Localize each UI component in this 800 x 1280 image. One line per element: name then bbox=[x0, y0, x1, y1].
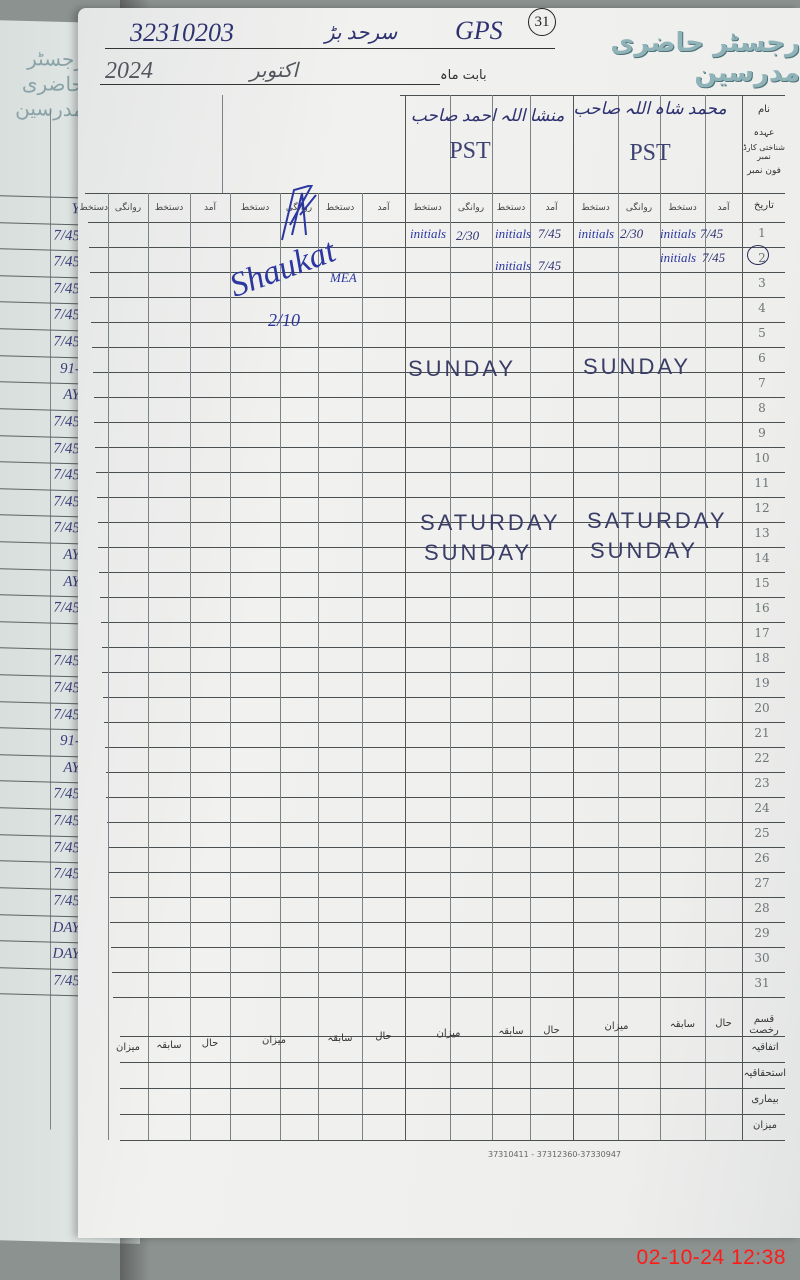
grid-line bbox=[109, 872, 785, 873]
left-day-entry: 7/45 bbox=[0, 306, 80, 325]
cnic-row-label: شناختی کارڈ نمبر bbox=[742, 143, 786, 161]
weekend-day13-right: SUNDAY bbox=[590, 538, 698, 564]
day-number: 25 bbox=[742, 826, 782, 840]
day-number: 16 bbox=[742, 601, 782, 615]
teacher-2-designation: PST bbox=[420, 138, 520, 165]
t1-day2-arrival: 7/45 bbox=[702, 250, 725, 266]
left-day-entry: 7/45 bbox=[0, 332, 80, 351]
left-day-entry: 7/45 bbox=[0, 226, 80, 245]
column-header-signature: دستخط bbox=[573, 203, 618, 213]
day-number: 24 bbox=[742, 801, 782, 815]
summary-column-header: حال bbox=[530, 1025, 573, 1036]
left-day-entry: 7/45 bbox=[0, 252, 80, 271]
summary-column-header: سابقہ bbox=[660, 1019, 705, 1030]
grid-line bbox=[280, 193, 281, 1140]
weekend-day6-right: SUNDAY bbox=[583, 354, 691, 380]
grid-line bbox=[450, 95, 451, 1140]
left-day-entry: 7/45 bbox=[0, 465, 80, 484]
day-number: 18 bbox=[742, 651, 782, 665]
left-day-entry: 7/45 bbox=[0, 891, 80, 910]
t2-day2-arrival: 7/45 bbox=[538, 258, 561, 274]
day-number: 27 bbox=[742, 876, 782, 890]
weekend-day13-left: SUNDAY bbox=[424, 540, 532, 566]
grid-line bbox=[101, 622, 785, 623]
t1-day1-departure-signature: initials bbox=[578, 226, 614, 242]
day-number: 21 bbox=[742, 726, 782, 740]
summary-column-header: میزان bbox=[108, 1042, 148, 1053]
t1-day1-departure: 2/30 bbox=[620, 226, 643, 242]
grid-line bbox=[400, 95, 785, 96]
summary-column-header: حال bbox=[362, 1031, 405, 1042]
teacher-2-name: منشا اللہ احمد صاحب bbox=[405, 105, 570, 126]
left-day-entry: 7/45 bbox=[0, 811, 80, 830]
weekend-day12-left: SATURDAY bbox=[420, 510, 561, 536]
left-day-entry: 7/45 bbox=[0, 864, 80, 883]
grid-line bbox=[573, 95, 574, 1140]
grid-line bbox=[618, 95, 619, 1140]
inspection-date: 2/10 bbox=[268, 310, 300, 331]
day-number: 12 bbox=[742, 501, 782, 515]
day-number: 9 bbox=[742, 426, 782, 440]
weekend-day12-right: SATURDAY bbox=[587, 508, 728, 534]
day-number: 4 bbox=[742, 301, 782, 315]
column-header-signature: دستخط bbox=[492, 203, 530, 213]
day-number: 19 bbox=[742, 676, 782, 690]
column-header-signature: دستخط bbox=[88, 203, 108, 213]
left-day-entry: DAY bbox=[0, 918, 80, 937]
grid-line bbox=[89, 247, 785, 248]
left-day-entry bbox=[0, 997, 80, 999]
day-number: 17 bbox=[742, 626, 782, 640]
summary-row-label: اتفاقیہ bbox=[744, 1042, 786, 1053]
grid-line bbox=[92, 347, 785, 348]
page-number-badge: 31 bbox=[528, 8, 556, 36]
left-day-entry: 7/45 bbox=[0, 518, 80, 537]
left-day-entry: 7/45 bbox=[0, 785, 80, 804]
day-number: 13 bbox=[742, 526, 782, 540]
left-day-entry: 91- bbox=[0, 731, 80, 750]
day-number: 3 bbox=[742, 276, 782, 290]
grid-line bbox=[362, 193, 363, 1140]
grid-line bbox=[104, 722, 785, 723]
left-day-entry: 7/45 bbox=[0, 678, 80, 697]
grid-line bbox=[120, 1140, 785, 1141]
grid-line bbox=[106, 772, 785, 773]
day-number: 2 bbox=[742, 251, 782, 265]
day-number: 8 bbox=[742, 401, 782, 415]
left-day-entry: DAY bbox=[0, 944, 80, 963]
column-header-arrival: آمد bbox=[362, 203, 405, 213]
grid-line bbox=[148, 193, 149, 1140]
t1-day2-signature: initials bbox=[660, 250, 696, 266]
summary-column-header: حال bbox=[190, 1038, 230, 1049]
grid-line bbox=[107, 822, 785, 823]
day-number: 28 bbox=[742, 901, 782, 915]
summary-row-label: میزان bbox=[744, 1120, 786, 1131]
designation-row-label: عہدہ bbox=[745, 128, 783, 138]
column-header-signature: دستخط bbox=[405, 203, 450, 213]
school-code: 32310203 bbox=[130, 18, 234, 48]
left-day-entry: 7/45 bbox=[0, 279, 80, 298]
grid-line bbox=[100, 597, 785, 598]
date-column-label: تاریخ bbox=[745, 200, 783, 211]
column-header-signature: دستخط bbox=[660, 203, 705, 213]
teacher-1-name: محمد شاہ اللہ صاحب bbox=[560, 98, 740, 119]
grid-line bbox=[90, 297, 785, 298]
column-header-arrival: آمد bbox=[705, 203, 742, 213]
summary-row-label: استحقاقیہ bbox=[744, 1068, 786, 1079]
grid-line bbox=[222, 95, 223, 193]
grid-line bbox=[110, 922, 785, 923]
left-day-entry: 7/45 bbox=[0, 652, 80, 671]
day-number: 22 bbox=[742, 751, 782, 765]
left-day-entry: 7/45 bbox=[0, 492, 80, 511]
t2-day1-arrival: 7/45 bbox=[538, 226, 561, 242]
grid-line bbox=[96, 472, 785, 473]
grid-line bbox=[530, 95, 531, 1140]
grid-line bbox=[405, 95, 406, 1140]
grid-line bbox=[111, 947, 785, 948]
day-number: 7 bbox=[742, 376, 782, 390]
grid-line bbox=[88, 222, 785, 223]
left-day-entry: 91- bbox=[0, 359, 80, 378]
grid-line bbox=[190, 193, 191, 1140]
school-name: GPS bbox=[455, 16, 503, 46]
summary-column-header: میزان bbox=[405, 1028, 492, 1039]
left-day-entry: 7/45 bbox=[0, 439, 80, 458]
left-day-entry: 7/45 bbox=[0, 705, 80, 724]
t2-day1-signature: initials bbox=[495, 226, 531, 242]
t1-day1-signature: initials bbox=[660, 226, 696, 242]
photo-timestamp: 02-10-24 12:38 bbox=[637, 1246, 786, 1270]
name-row-label: نام bbox=[745, 104, 783, 115]
grid-line bbox=[94, 397, 785, 398]
grid-line bbox=[108, 847, 785, 848]
grid-line bbox=[95, 447, 785, 448]
register-title: رجسٹر حاضری مدرسین bbox=[558, 28, 800, 88]
publisher-phone-numbers: 37310411 - 37312360-37330947 bbox=[488, 1150, 621, 1159]
weekend-day6-left: SUNDAY bbox=[408, 356, 516, 382]
day-number: 29 bbox=[742, 926, 782, 940]
left-day-entry: 7/45 bbox=[0, 971, 80, 990]
month-label: بابت ماہ bbox=[440, 68, 487, 83]
summary-column-header: میزان bbox=[573, 1021, 660, 1032]
day-number: 23 bbox=[742, 776, 782, 790]
grid-line bbox=[97, 497, 785, 498]
day-number: 30 bbox=[742, 951, 782, 965]
grid-line bbox=[105, 747, 785, 748]
left-day-entry: AY bbox=[0, 758, 80, 777]
grid-line bbox=[108, 193, 109, 1140]
grid-line bbox=[91, 322, 785, 323]
summary-column-header: سابقہ bbox=[148, 1040, 190, 1051]
t2-day2-signature: initials bbox=[495, 258, 531, 274]
school-type: سرحد بڑ bbox=[325, 20, 397, 45]
column-header-signature: دستخط bbox=[318, 203, 362, 213]
grid-line bbox=[103, 697, 785, 698]
grid-line bbox=[230, 193, 231, 1140]
left-day-entry: AY bbox=[0, 545, 80, 564]
day-number: 6 bbox=[742, 351, 782, 365]
column-header-departure: روانگی bbox=[450, 203, 492, 213]
grid-line bbox=[94, 422, 785, 423]
grid-line bbox=[318, 193, 319, 1140]
day-number: 14 bbox=[742, 551, 782, 565]
t1-day1-arrival: 7/45 bbox=[700, 226, 723, 242]
teacher-1-designation: PST bbox=[600, 140, 700, 167]
header-underline bbox=[105, 48, 555, 49]
month-value: اکتوبر bbox=[250, 58, 298, 83]
t2-day1-departure-signature: initials bbox=[410, 226, 446, 242]
day-number: 31 bbox=[742, 976, 782, 990]
year: 2024 bbox=[105, 58, 153, 85]
day-number: 11 bbox=[742, 476, 782, 490]
grid-line bbox=[113, 997, 785, 998]
left-day-entry: 7/45 bbox=[0, 838, 80, 857]
left-day-entry: Y bbox=[0, 199, 80, 218]
column-header-signature: دستخط bbox=[148, 203, 190, 213]
grid-line bbox=[110, 897, 785, 898]
summary-column-header: سابقہ bbox=[492, 1026, 530, 1037]
grid-line bbox=[120, 1088, 785, 1089]
inspector-title: MEA bbox=[330, 270, 357, 286]
day-number: 1 bbox=[742, 226, 782, 240]
grid-line bbox=[120, 1114, 785, 1115]
column-header-arrival: آمد bbox=[530, 203, 573, 213]
grid-line bbox=[120, 1062, 785, 1063]
grid-line bbox=[112, 972, 785, 973]
grid-line bbox=[492, 95, 493, 1140]
day-number: 26 bbox=[742, 851, 782, 865]
left-day-entry bbox=[0, 625, 80, 627]
t2-day1-departure: 2/30 bbox=[456, 228, 479, 244]
column-header-arrival: آمد bbox=[190, 203, 230, 213]
summary-column-header: حال bbox=[705, 1018, 742, 1029]
grid-line bbox=[102, 647, 785, 648]
column-header-departure: روانگی bbox=[108, 203, 148, 213]
summary-column-header: سابقہ bbox=[318, 1033, 362, 1044]
left-day-entry: 7/45 bbox=[0, 412, 80, 431]
grid-line bbox=[102, 672, 785, 673]
left-day-entry: AY bbox=[0, 385, 80, 404]
phone-row-label: فون نمبر bbox=[745, 166, 783, 176]
day-number: 5 bbox=[742, 326, 782, 340]
column-header-departure: روانگی bbox=[618, 203, 660, 213]
day-number: 15 bbox=[742, 576, 782, 590]
summary-row-label: بیماری bbox=[744, 1094, 786, 1105]
grid-line bbox=[106, 797, 785, 798]
day-number: 10 bbox=[742, 451, 782, 465]
month-underline bbox=[100, 84, 440, 85]
leave-type-label: قسم رخصت bbox=[742, 1014, 786, 1036]
left-day-entry: 7/45 bbox=[0, 598, 80, 617]
day-number: 20 bbox=[742, 701, 782, 715]
grid-line bbox=[99, 572, 785, 573]
summary-column-header: میزان bbox=[230, 1035, 318, 1046]
left-day-entry: AY bbox=[0, 572, 80, 591]
left-page-title: رجسٹر حاضری مدرسین bbox=[0, 45, 84, 122]
grid-line bbox=[90, 272, 785, 273]
